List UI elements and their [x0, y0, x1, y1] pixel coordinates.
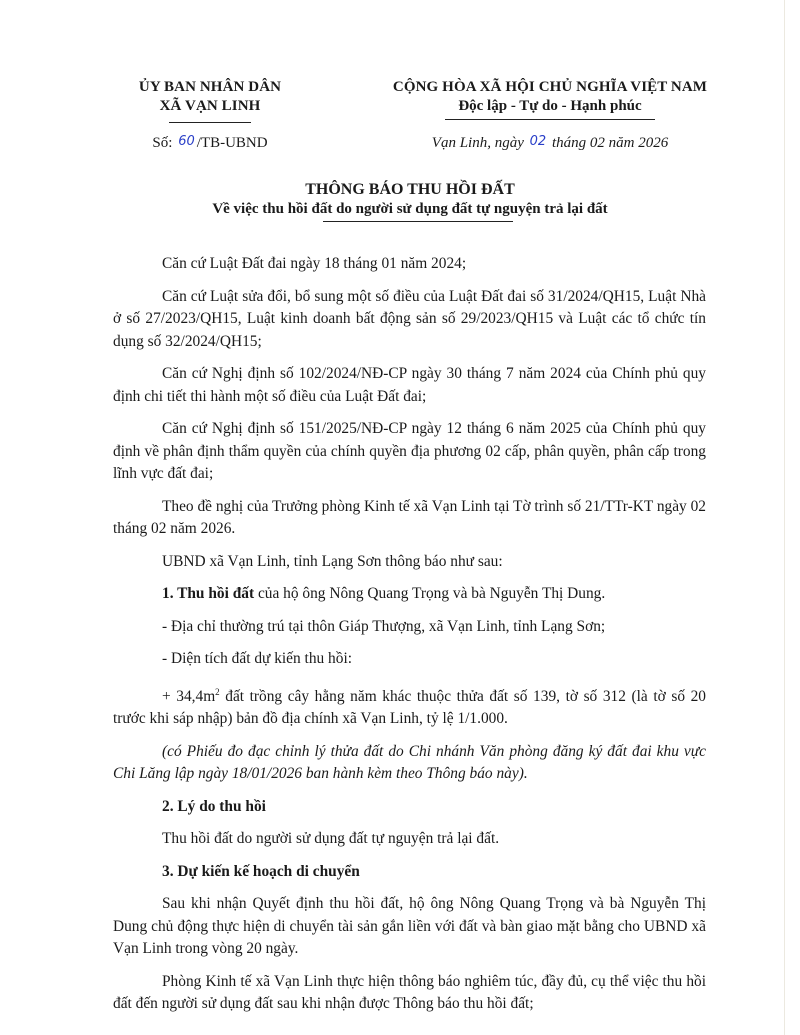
legal-basis-1: Căn cứ Luật Đất đai ngày 18 tháng 01 năm…: [113, 253, 706, 276]
authority-line-1: ỦY BAN NHÂN DÂN: [110, 78, 310, 97]
doc-number-suffix: /TB-UBND: [197, 135, 268, 151]
document-title-block: THÔNG BÁO THU HỒI ĐẤT Về việc thu hồi đấ…: [100, 180, 720, 222]
document-body: Căn cứ Luật Đất đai ngày 18 tháng 01 năm…: [113, 253, 706, 1026]
subtitle-underline: [323, 221, 513, 222]
section-1-heading: 1. Thu hồi đất: [162, 585, 254, 602]
section-3-heading: 3. Dự kiến kế hoạch di chuyển: [113, 861, 706, 884]
doc-number-handwritten: 60: [176, 134, 197, 149]
national-header: CỘNG HÒA XÃ HỘI CHỦ NGHĨA VIỆT NAM Độc l…: [330, 78, 770, 120]
legal-basis-3: Căn cứ Nghị định số 102/2024/NĐ-CP ngày …: [113, 363, 706, 408]
section-1-note: (có Phiếu đo đạc chỉnh lý thửa đất do Ch…: [113, 741, 706, 786]
issuing-authority: ỦY BAN NHÂN DÂN XÃ VẠN LINH: [110, 78, 310, 123]
date-prefix: Vạn Linh, ngày: [432, 135, 524, 151]
document-title: THÔNG BÁO THU HỒI ĐẤT: [100, 180, 720, 200]
document-subtitle: Về việc thu hồi đất do người sử dụng đất…: [100, 200, 720, 219]
authority-line-2: XÃ VẠN LINH: [110, 97, 310, 116]
date-suffix: tháng 02 năm 2026: [552, 135, 668, 151]
date-day-handwritten: 02: [528, 134, 549, 149]
announcement-intro: UBND xã Vạn Linh, tỉnh Lạng Sơn thông bá…: [113, 551, 706, 574]
section-2-text: Thu hồi đất do người sử dụng đất tự nguy…: [113, 828, 706, 851]
legal-basis-4: Căn cứ Nghị định số 151/2025/NĐ-CP ngày …: [113, 418, 706, 486]
legal-basis-2: Căn cứ Luật sửa đổi, bổ sung một số điều…: [113, 286, 706, 354]
section-1-area-value: + 34,4m2 đất trồng cây hằng năm khác thu…: [113, 681, 706, 731]
section-1-text: của hộ ông Nông Quang Trọng và bà Nguyễn…: [254, 585, 605, 602]
doc-number-prefix: Số:: [152, 135, 172, 151]
page-edge-line: [784, 0, 785, 1035]
section-1-area-label: - Diện tích đất dự kiến thu hồi:: [113, 648, 706, 671]
document-number: Số: 60/TB-UBND: [110, 134, 310, 152]
section-3-text: Sau khi nhận Quyết định thu hồi đất, hộ …: [113, 893, 706, 961]
proposal-paragraph: Theo đề nghị của Trưởng phòng Kinh tế xã…: [113, 496, 706, 541]
authority-underline: [169, 122, 251, 123]
area-value-prefix: + 34,4m: [162, 688, 215, 705]
national-motto: Độc lập - Tự do - Hạnh phúc: [458, 97, 641, 116]
section-1-address: - Địa chỉ thường trú tại thôn Giáp Thượn…: [113, 616, 706, 639]
section-2-heading: 2. Lý do thu hồi: [113, 796, 706, 819]
national-title: CỘNG HÒA XÃ HỘI CHỦ NGHĨA VIỆT NAM: [330, 78, 770, 97]
document-date: Vạn Linh, ngày 02 tháng 02 năm 2026: [330, 134, 770, 152]
motto-underline: [445, 119, 655, 120]
section-3-text-2: Phòng Kinh tế xã Vạn Linh thực hiện thôn…: [113, 971, 706, 1016]
section-1-land-recovery: 1. Thu hồi đất của hộ ông Nông Quang Trọ…: [113, 583, 706, 606]
